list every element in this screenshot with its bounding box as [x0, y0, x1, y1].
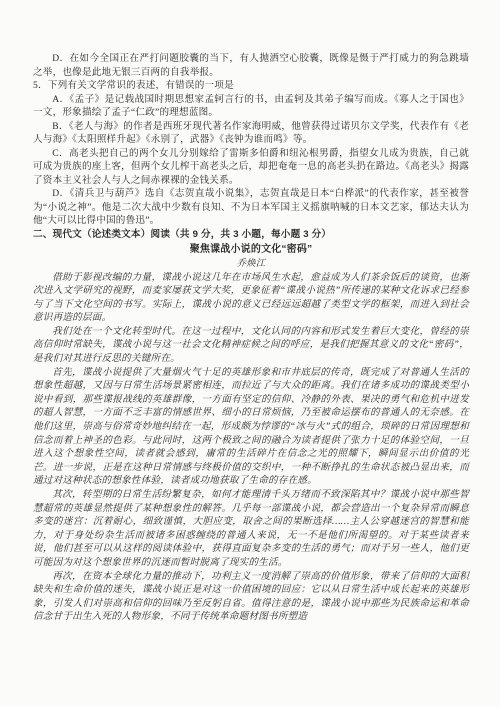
essay-paragraph-1: 借助于影视改编的力量，谍战小说这几年在市场风生水起，愈益成为人们茶余饭后的谈资，…: [33, 271, 469, 325]
essay: 聚焦谍战小说的文化“密码” 乔焕江 借助于影视改编的力量，谍战小说这几年在市场风…: [33, 243, 469, 624]
question5-option-b: B．《老人与海》的作者是西班牙现代著名作家海明威，他曾获得过诺贝尔文学奖，代表作…: [33, 120, 469, 147]
essay-paragraph-4: 其次，转型期的日常生活纷繁复杂，如何才能理清千头万绪而不致深陷其中？谍战小说中那…: [33, 488, 469, 570]
exam-content: D．在如今全国正在严打问题胶囊的当下，有人抛洒空心胶囊，既像是慑于严打威力的狗急…: [33, 52, 469, 624]
question4-option-d: D．在如今全国正在严打问题胶囊的当下，有人抛洒空心胶囊，既像是慑于严打威力的狗急…: [33, 52, 469, 79]
essay-paragraph-3: 首先，谍战小说提供了大量烟火气十足的英雄形象和市井底层的传奇，既完成了对普通人生…: [33, 366, 469, 488]
essay-author: 乔焕江: [33, 257, 469, 271]
question5-stem: 5．下列有关文学常识的表述，有错误的一项是: [33, 79, 469, 93]
essay-paragraph-2: 我们处在一个文化转型时代。在这一过程中，文化认同的内容和形式发生着巨大变化，曾经…: [33, 325, 469, 366]
essay-paragraph-5: 再次，在资本全球化力量的推动下，功利主义一度消解了崇高的价值形象，带来了信仰的大…: [33, 570, 469, 624]
question5-option-c: C．高老头把自己的两个女儿分别嫁给了雷斯多伯爵和纽沁根男爵，指望女儿成为贵族，自…: [33, 147, 469, 188]
question5-option-d: D．《清兵卫与葫芦》选自《志贺直哉小说集》，志贺直哉是日本“白桦派”的代表作家，…: [33, 187, 469, 228]
section-2-heading: 二、现代文（论述类文本）阅读（共 9 分，共 3 小题，每小题 3 分）: [33, 228, 469, 242]
question5-option-a: A．《孟子》是记载战国时期思想家孟轲言行的书，由孟轲及其弟子编写而成。《寡人之于…: [33, 93, 469, 120]
exam-page: D．在如今全国正在严打问题胶囊的当下，有人抛洒空心胶囊，既像是慑于严打威力的狗急…: [0, 0, 500, 707]
essay-title: 聚焦谍战小说的文化“密码”: [33, 243, 469, 257]
